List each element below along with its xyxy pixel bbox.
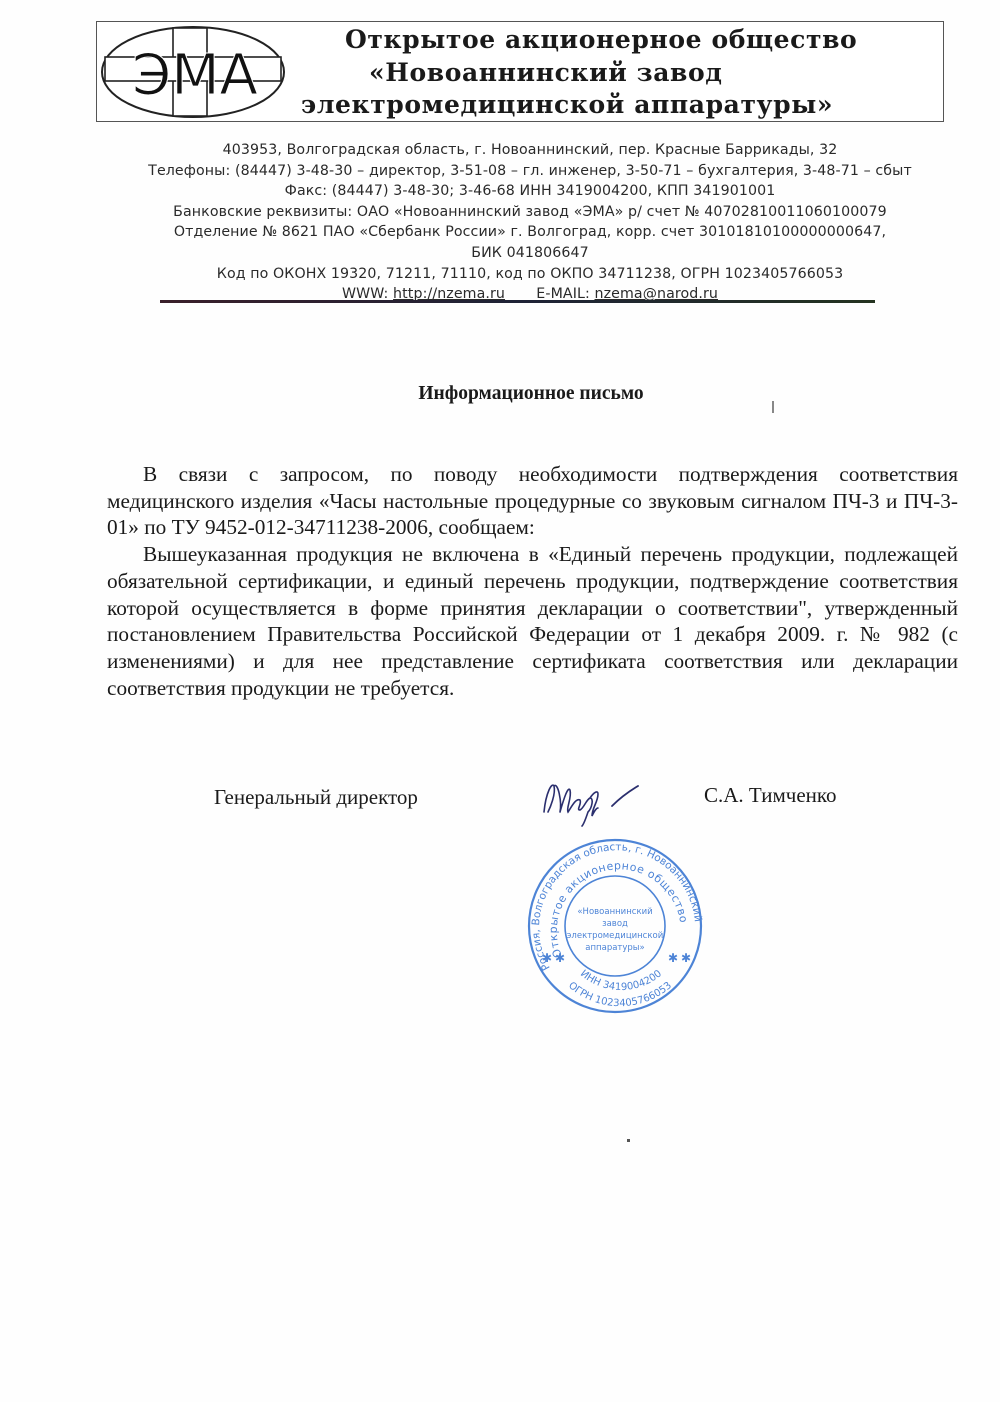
official-stamp-icon: Россия, Волгоградская область, г. Новоан… <box>520 838 710 1016</box>
stamp-center-line-1: «Новоаннинский <box>577 907 652 917</box>
header-divider <box>160 300 875 303</box>
signatory-name: С.А. Тимченко <box>704 783 837 808</box>
company-name-line-1: Открытое акционерное общество <box>345 24 857 56</box>
codes-line: Код по ОКОНХ 19320, 71211, 71110, код по… <box>110 264 950 285</box>
handwritten-signature-icon <box>536 772 646 828</box>
scan-mark <box>772 401 774 413</box>
signatory-role: Генеральный директор <box>214 785 418 810</box>
company-name-line-3: электромедицинской аппаратуры» <box>301 89 833 121</box>
address-line: 403953, Волгоградская область, г. Новоан… <box>110 140 950 161</box>
svg-text:ИНН 3419004200: ИНН 3419004200 <box>578 968 664 993</box>
company-requisites: 403953, Волгоградская область, г. Новоан… <box>110 140 950 305</box>
letter-title: Информационное письмо <box>0 383 1000 405</box>
paragraph-1: В связи с запросом, по поводу необходимо… <box>107 461 958 541</box>
bank-line-1: Банковские реквизиты: ОАО «Новоаннинский… <box>110 202 950 223</box>
fax-line: Факс: (84447) 3-48-30; 3-46-68 ИНН 34190… <box>110 181 950 202</box>
stamp-center-line-2: завод <box>602 919 628 929</box>
stamp-center-line-3: электромедицинской <box>567 931 663 941</box>
scan-dot <box>627 1139 630 1142</box>
stamp-center-line-4: аппаратуры» <box>585 943 644 953</box>
letter-body: В связи с запросом, по поводу необходимо… <box>107 461 958 701</box>
svg-text:✱ ✱: ✱ ✱ <box>668 951 691 965</box>
bank-line-2: Отделение № 8621 ПАО «Сбербанк России» г… <box>110 222 950 243</box>
letterhead-box: ЭМА Открытое акционерное общество «Новоа… <box>96 21 944 122</box>
letter-page: ЭМА Открытое акционерное общество «Новоа… <box>0 0 1000 1402</box>
ema-logo-icon: ЭМА <box>99 24 287 120</box>
svg-text:ЭМА: ЭМА <box>132 43 258 108</box>
stamp-inn-text: ИНН 3419004200 <box>578 968 664 993</box>
bik-line: БИК 041806647 <box>110 243 950 264</box>
paragraph-2: Вышеуказанная продукция не включена в «Е… <box>107 541 958 701</box>
phones-line: Телефоны: (84447) 3-48-30 – директор, 3-… <box>110 161 950 182</box>
company-name-line-2: «Новоаннинский завод <box>369 57 723 89</box>
svg-text:✱ ✱: ✱ ✱ <box>542 951 565 965</box>
